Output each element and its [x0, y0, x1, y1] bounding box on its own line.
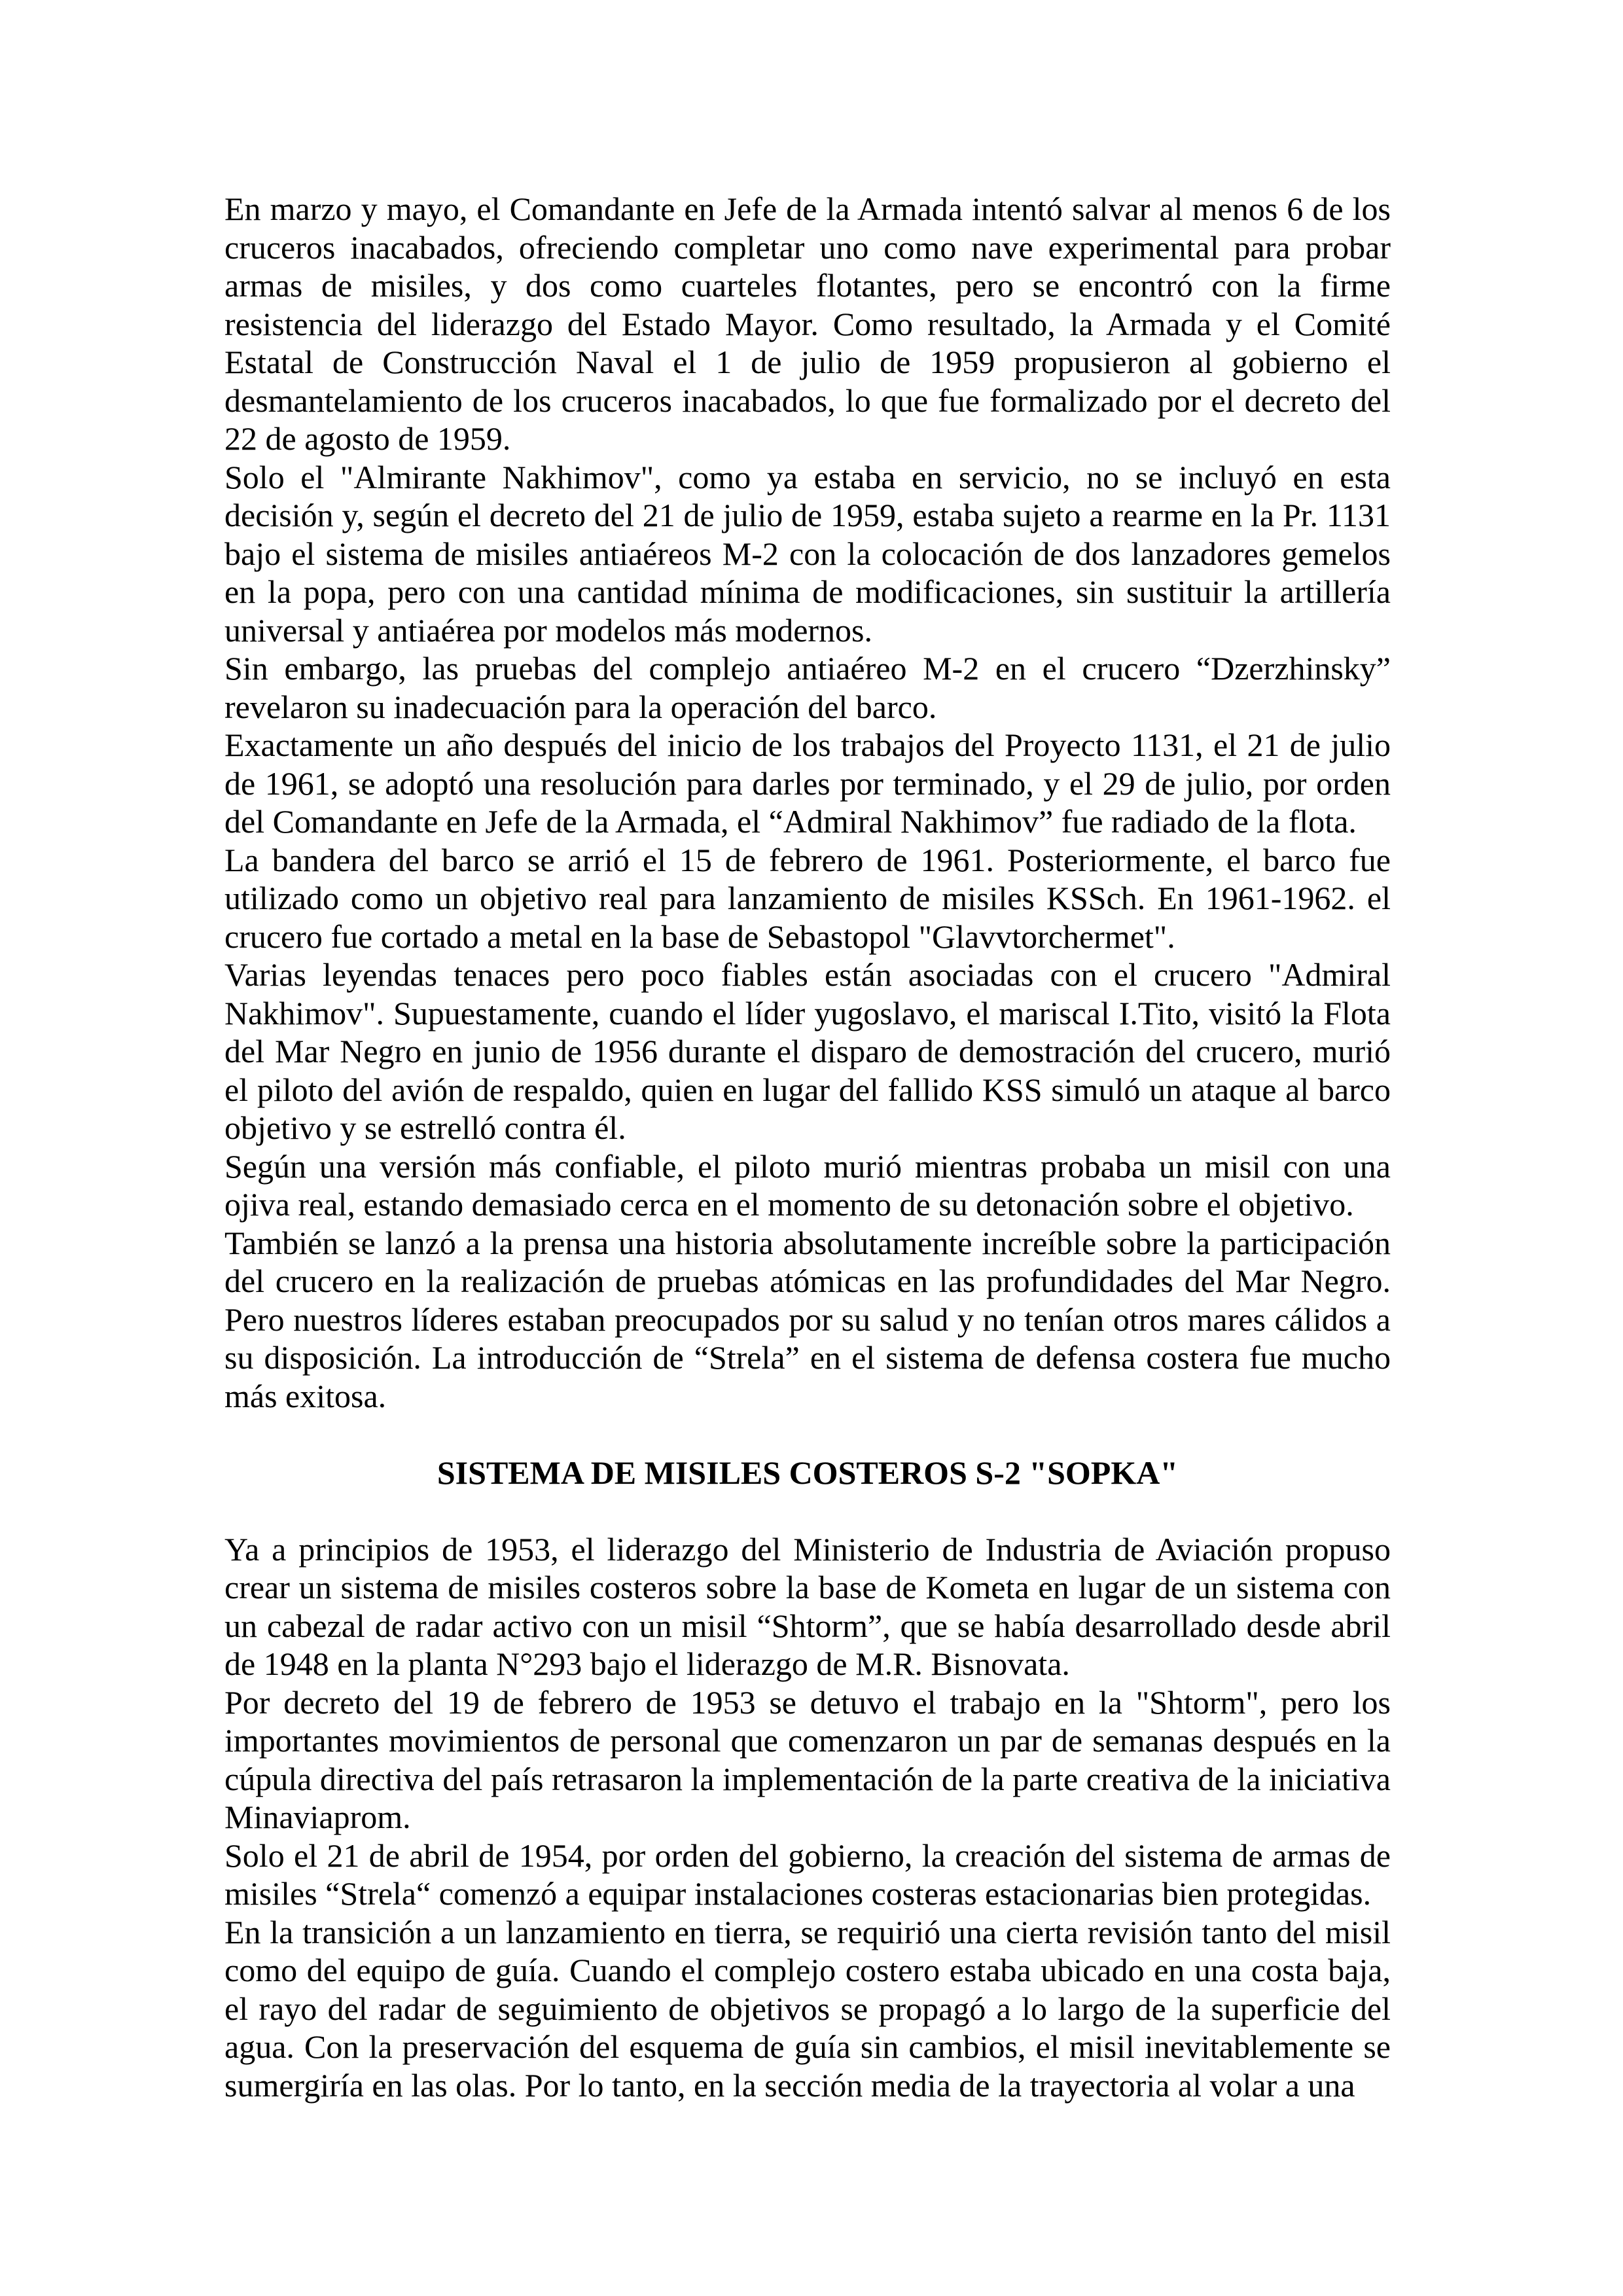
- document-page: En marzo y mayo, el Comandante en Jefe d…: [0, 0, 1623, 2296]
- paragraph-1: En marzo y mayo, el Comandante en Jefe d…: [224, 190, 1391, 458]
- section-heading: SISTEMA DE MISILES COSTEROS S-2 "SOPKA": [224, 1454, 1391, 1492]
- paragraph-8: También se lanzó a la prensa una histori…: [224, 1224, 1391, 1416]
- paragraph-6: Varias leyendas tenaces pero poco fiable…: [224, 956, 1391, 1147]
- paragraph-12: En la transición a un lanzamiento en tie…: [224, 1913, 1391, 2105]
- paragraph-11: Solo el 21 de abril de 1954, por orden d…: [224, 1837, 1391, 1913]
- paragraph-10: Por decreto del 19 de febrero de 1953 se…: [224, 1683, 1391, 1837]
- paragraph-7: Según una versión más confiable, el pilo…: [224, 1147, 1391, 1224]
- paragraph-9: Ya a principios de 1953, el liderazgo de…: [224, 1530, 1391, 1683]
- paragraph-5: La bandera del barco se arrió el 15 de f…: [224, 841, 1391, 956]
- paragraph-4: Exactamente un año después del inicio de…: [224, 726, 1391, 841]
- paragraph-2: Solo el "Almirante Nakhimov", como ya es…: [224, 458, 1391, 650]
- paragraph-3: Sin embargo, las pruebas del complejo an…: [224, 649, 1391, 726]
